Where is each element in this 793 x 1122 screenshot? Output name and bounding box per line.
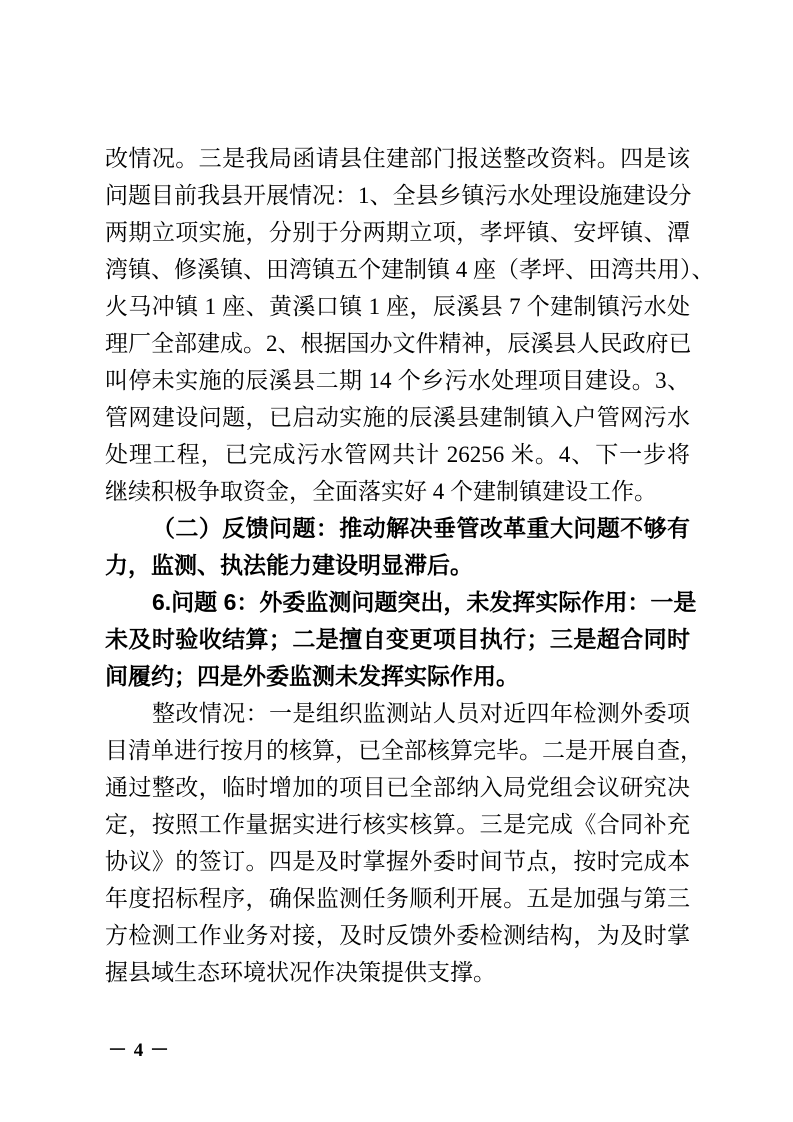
text-line: 继续积极争取资金，全面落实好 4 个建制镇建设工作。 [105,473,690,510]
text-line: 改情况。三是我局函请县住建部门报送整改资料。四是该 [105,140,690,177]
text-line: 叫停未实施的辰溪县二期 14 个乡污水处理项目建设。3、 [105,362,690,399]
text-line: 力，监测、执法能力建设明显滞后。 [105,547,690,584]
text-line: 定，按照工作量据实进行核实核算。三是完成《合同补充 [105,806,690,843]
text-line: 未及时验收结算；二是擅自变更项目执行；三是超合同时 [105,621,690,658]
text-line: 目清单进行按月的核算，已全部核算完毕。二是开展自查， [105,732,690,769]
document-page: 改情况。三是我局函请县住建部门报送整改资料。四是该问题目前我县开展情况：1、全县… [0,0,793,1122]
text-line: 湾镇、修溪镇、田湾镇五个建制镇 4 座（孝坪、田湾共用）、 [105,251,690,288]
text-line: 处理工程，已完成污水管网共计 26256 米。4、下一步将 [105,436,690,473]
text-line: 两期立项实施，分别于分两期立项，孝坪镇、安坪镇、潭 [105,214,690,251]
paragraph: 改情况。三是我局函请县住建部门报送整改资料。四是该问题目前我县开展情况：1、全县… [105,140,690,510]
text-line: 间履约；四是外委监测未发挥实际作用。 [105,658,690,695]
text-line: 握县域生态环境状况作决策提供支撑。 [105,954,690,991]
text-line: 年度招标程序，确保监测任务顺利开展。五是加强与第三 [105,880,690,917]
text-line: 管网建设问题，已启动实施的辰溪县建制镇入户管网污水 [105,399,690,436]
text-line: 理厂全部建成。2、根据国办文件精神，辰溪县人民政府已 [105,325,690,362]
text-line: 火马冲镇 1 座、黄溪口镇 1 座，辰溪县 7 个建制镇污水处 [105,288,690,325]
document-body: 改情况。三是我局函请县住建部门报送整改资料。四是该问题目前我县开展情况：1、全县… [105,140,690,991]
paragraph: 6.问题 6：外委监测问题突出，未发挥实际作用：一是未及时验收结算；二是擅自变更… [105,584,690,695]
page-number: － 4 － [108,1038,170,1064]
text-line: 问题目前我县开展情况：1、全县乡镇污水处理设施建设分 [105,177,690,214]
text-line: 6.问题 6：外委监测问题突出，未发挥实际作用：一是 [105,584,690,621]
paragraph: 整改情况：一是组织监测站人员对近四年检测外委项目清单进行按月的核算，已全部核算完… [105,695,690,991]
text-line: 方检测工作业务对接，及时反馈外委检测结构，为及时掌 [105,917,690,954]
text-line: 通过整改，临时增加的项目已全部纳入局党组会议研究决 [105,769,690,806]
paragraph: （二）反馈问题：推动解决垂管改革重大问题不够有力，监测、执法能力建设明显滞后。 [105,510,690,584]
text-line: （二）反馈问题：推动解决垂管改革重大问题不够有 [105,510,690,547]
text-line: 整改情况：一是组织监测站人员对近四年检测外委项 [105,695,690,732]
text-line: 协议》的签订。四是及时掌握外委时间节点，按时完成本 [105,843,690,880]
